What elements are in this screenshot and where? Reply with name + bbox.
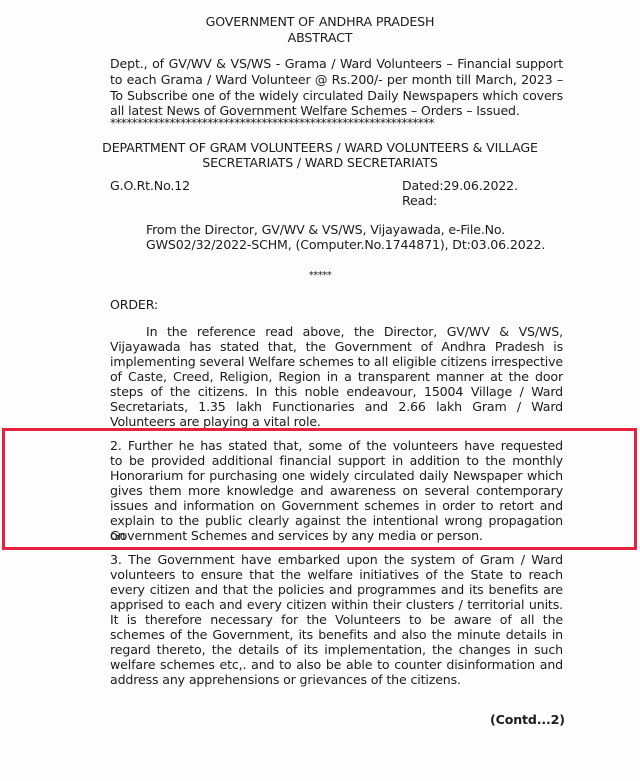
subject-line: Dept., of GV/WV & VS/WS - Grama / Ward V… xyxy=(110,56,563,71)
order-label: ORDER: xyxy=(110,297,158,312)
paragraph-line: issues and information on Government sch… xyxy=(110,498,563,513)
paragraph-line: regard thereto, the details of its imple… xyxy=(110,642,563,657)
abstract-heading: ABSTRACT xyxy=(0,30,640,45)
separator-stars: ****************************************… xyxy=(110,117,434,129)
paragraph-line: every citizen and that the policies and … xyxy=(110,582,563,597)
subject-line: To Subscribe one of the widely circulate… xyxy=(110,88,563,103)
dated: Dated:29.06.2022. xyxy=(402,178,518,193)
paragraph-line: volunteers to ensure that the welfare in… xyxy=(110,567,563,582)
paragraph-line: steps of the citizens. In this noble end… xyxy=(110,384,563,399)
paragraph-line: Volunteers are playing a vital role. xyxy=(110,414,563,429)
paragraph-line: of Caste, Creed, Religion, Region in a t… xyxy=(110,369,563,384)
paragraph-line: gives them more knowledge and awareness … xyxy=(110,483,563,498)
department-heading: DEPARTMENT OF GRAM VOLUNTEERS / WARD VOL… xyxy=(0,140,640,155)
paragraph-line: implementing several Welfare schemes to … xyxy=(110,354,563,369)
continued-marker: (Contd...2) xyxy=(490,712,565,727)
paragraph-line: apprised to each and every citizen withi… xyxy=(110,597,563,612)
paragraph-line: Secretariats, 1.35 lakh Functionaries an… xyxy=(110,399,563,414)
government-heading: GOVERNMENT OF ANDHRA PRADESH xyxy=(0,14,640,29)
paragraph-line: to be provided additional financial supp… xyxy=(110,453,563,468)
reference-line: From the Director, GV/WV & VS/WS, Vijaya… xyxy=(146,222,505,237)
read-label: Read: xyxy=(402,193,437,208)
paragraph-line: Vijayawada has stated that, the Governme… xyxy=(110,339,563,354)
paragraph-line: 3. The Government have embarked upon the… xyxy=(110,552,563,567)
paragraph-line: It is therefore necessary for the Volunt… xyxy=(110,612,563,627)
paragraph-line: 2. Further he has stated that, some of t… xyxy=(110,438,563,453)
paragraph-line: welfare schemes etc,. and to also be abl… xyxy=(110,657,563,672)
reference-line: GWS02/32/2022-SCHM, (Computer.No.1744871… xyxy=(146,237,545,252)
document-page: GOVERNMENT OF ANDHRA PRADESH ABSTRACT De… xyxy=(0,0,640,781)
paragraph-line: Government Schemes and services by any m… xyxy=(110,528,563,543)
department-heading: SECRETARIATS / WARD SECRETARIATS xyxy=(0,155,640,170)
small-separator: ***** xyxy=(0,268,640,283)
paragraph-line: schemes of the Government, its benefits … xyxy=(110,627,563,642)
paragraph-line: address any apprehensions or grievances … xyxy=(110,672,563,687)
paragraph-line: In the reference read above, the Directo… xyxy=(146,324,563,339)
subject-line: to each Grama / Ward Volunteer @ Rs.200/… xyxy=(110,72,563,87)
paragraph-line: Honorarium for purchasing one widely cir… xyxy=(110,468,563,483)
go-number: G.O.Rt.No.12 xyxy=(110,178,190,193)
